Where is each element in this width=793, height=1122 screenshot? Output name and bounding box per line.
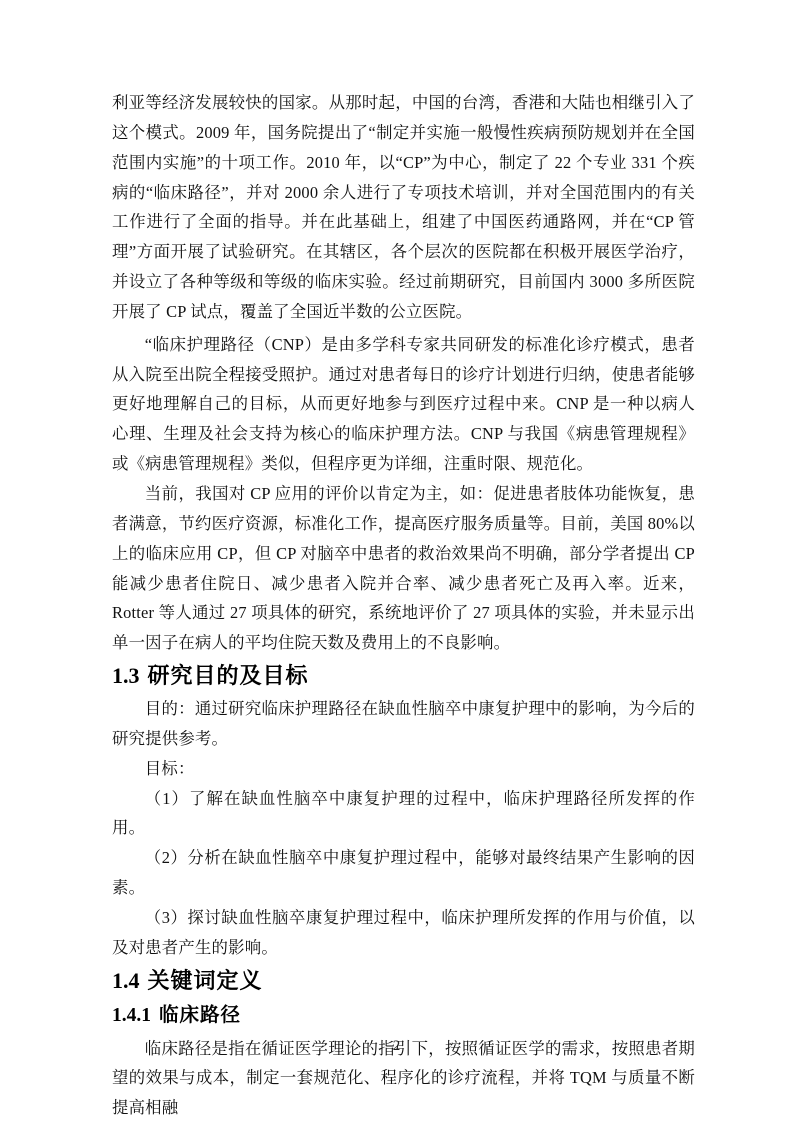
section-number: 1.4.1 xyxy=(112,1005,151,1026)
document-page: 利亚等经济发展较快的国家。从那时起，中国的台湾，香港和大陆也相继引入了这个模式。… xyxy=(0,0,793,1122)
paragraph-cnp-definition: “临床护理路径（CNP）是由多学科专家共同研发的标准化诊疗模式，患者从入院至出院… xyxy=(112,330,695,479)
goal-item-3: （3）探讨缺血性脑卒康复护理过程中，临床护理所发挥的作用与价值，以及对患者产生的… xyxy=(112,903,695,963)
section-number: 1.4 xyxy=(112,968,140,993)
goal-item-1: （1）了解在缺血性脑卒中康复护理的过程中，临床护理路径所发挥的作用。 xyxy=(112,784,695,844)
goal-item-2: （2）分析在缺血性脑卒中康复护理过程中，能够对最终结果产生影响的因素。 xyxy=(112,843,695,903)
section-title: 研究目的及目标 xyxy=(148,663,309,688)
paragraph-goal-label: 目标： xyxy=(112,754,695,784)
paragraph-continuation: 利亚等经济发展较快的国家。从那时起，中国的台湾，香港和大陆也相继引入了这个模式。… xyxy=(112,88,695,327)
paragraph-purpose: 目的：通过研究临床护理路径在缺血性脑卒中康复护理中的影响，为今后的研究提供参考。 xyxy=(112,694,695,754)
section-title: 临床路径 xyxy=(159,1004,241,1026)
section-heading-1-3: 1.3研究目的及目标 xyxy=(112,659,695,693)
section-heading-1-4-1: 1.4.1临床路径 xyxy=(112,999,695,1032)
page-number: 2 xyxy=(0,1038,793,1055)
paragraph-cp-evaluation: 当前，我国对 CP 应用的评价以肯定为主，如：促进患者肢体功能恢复，患者满意，节… xyxy=(112,479,695,658)
section-title: 关键词定义 xyxy=(148,968,263,993)
section-number: 1.3 xyxy=(112,663,140,688)
section-heading-1-4: 1.4关键词定义 xyxy=(112,964,695,998)
